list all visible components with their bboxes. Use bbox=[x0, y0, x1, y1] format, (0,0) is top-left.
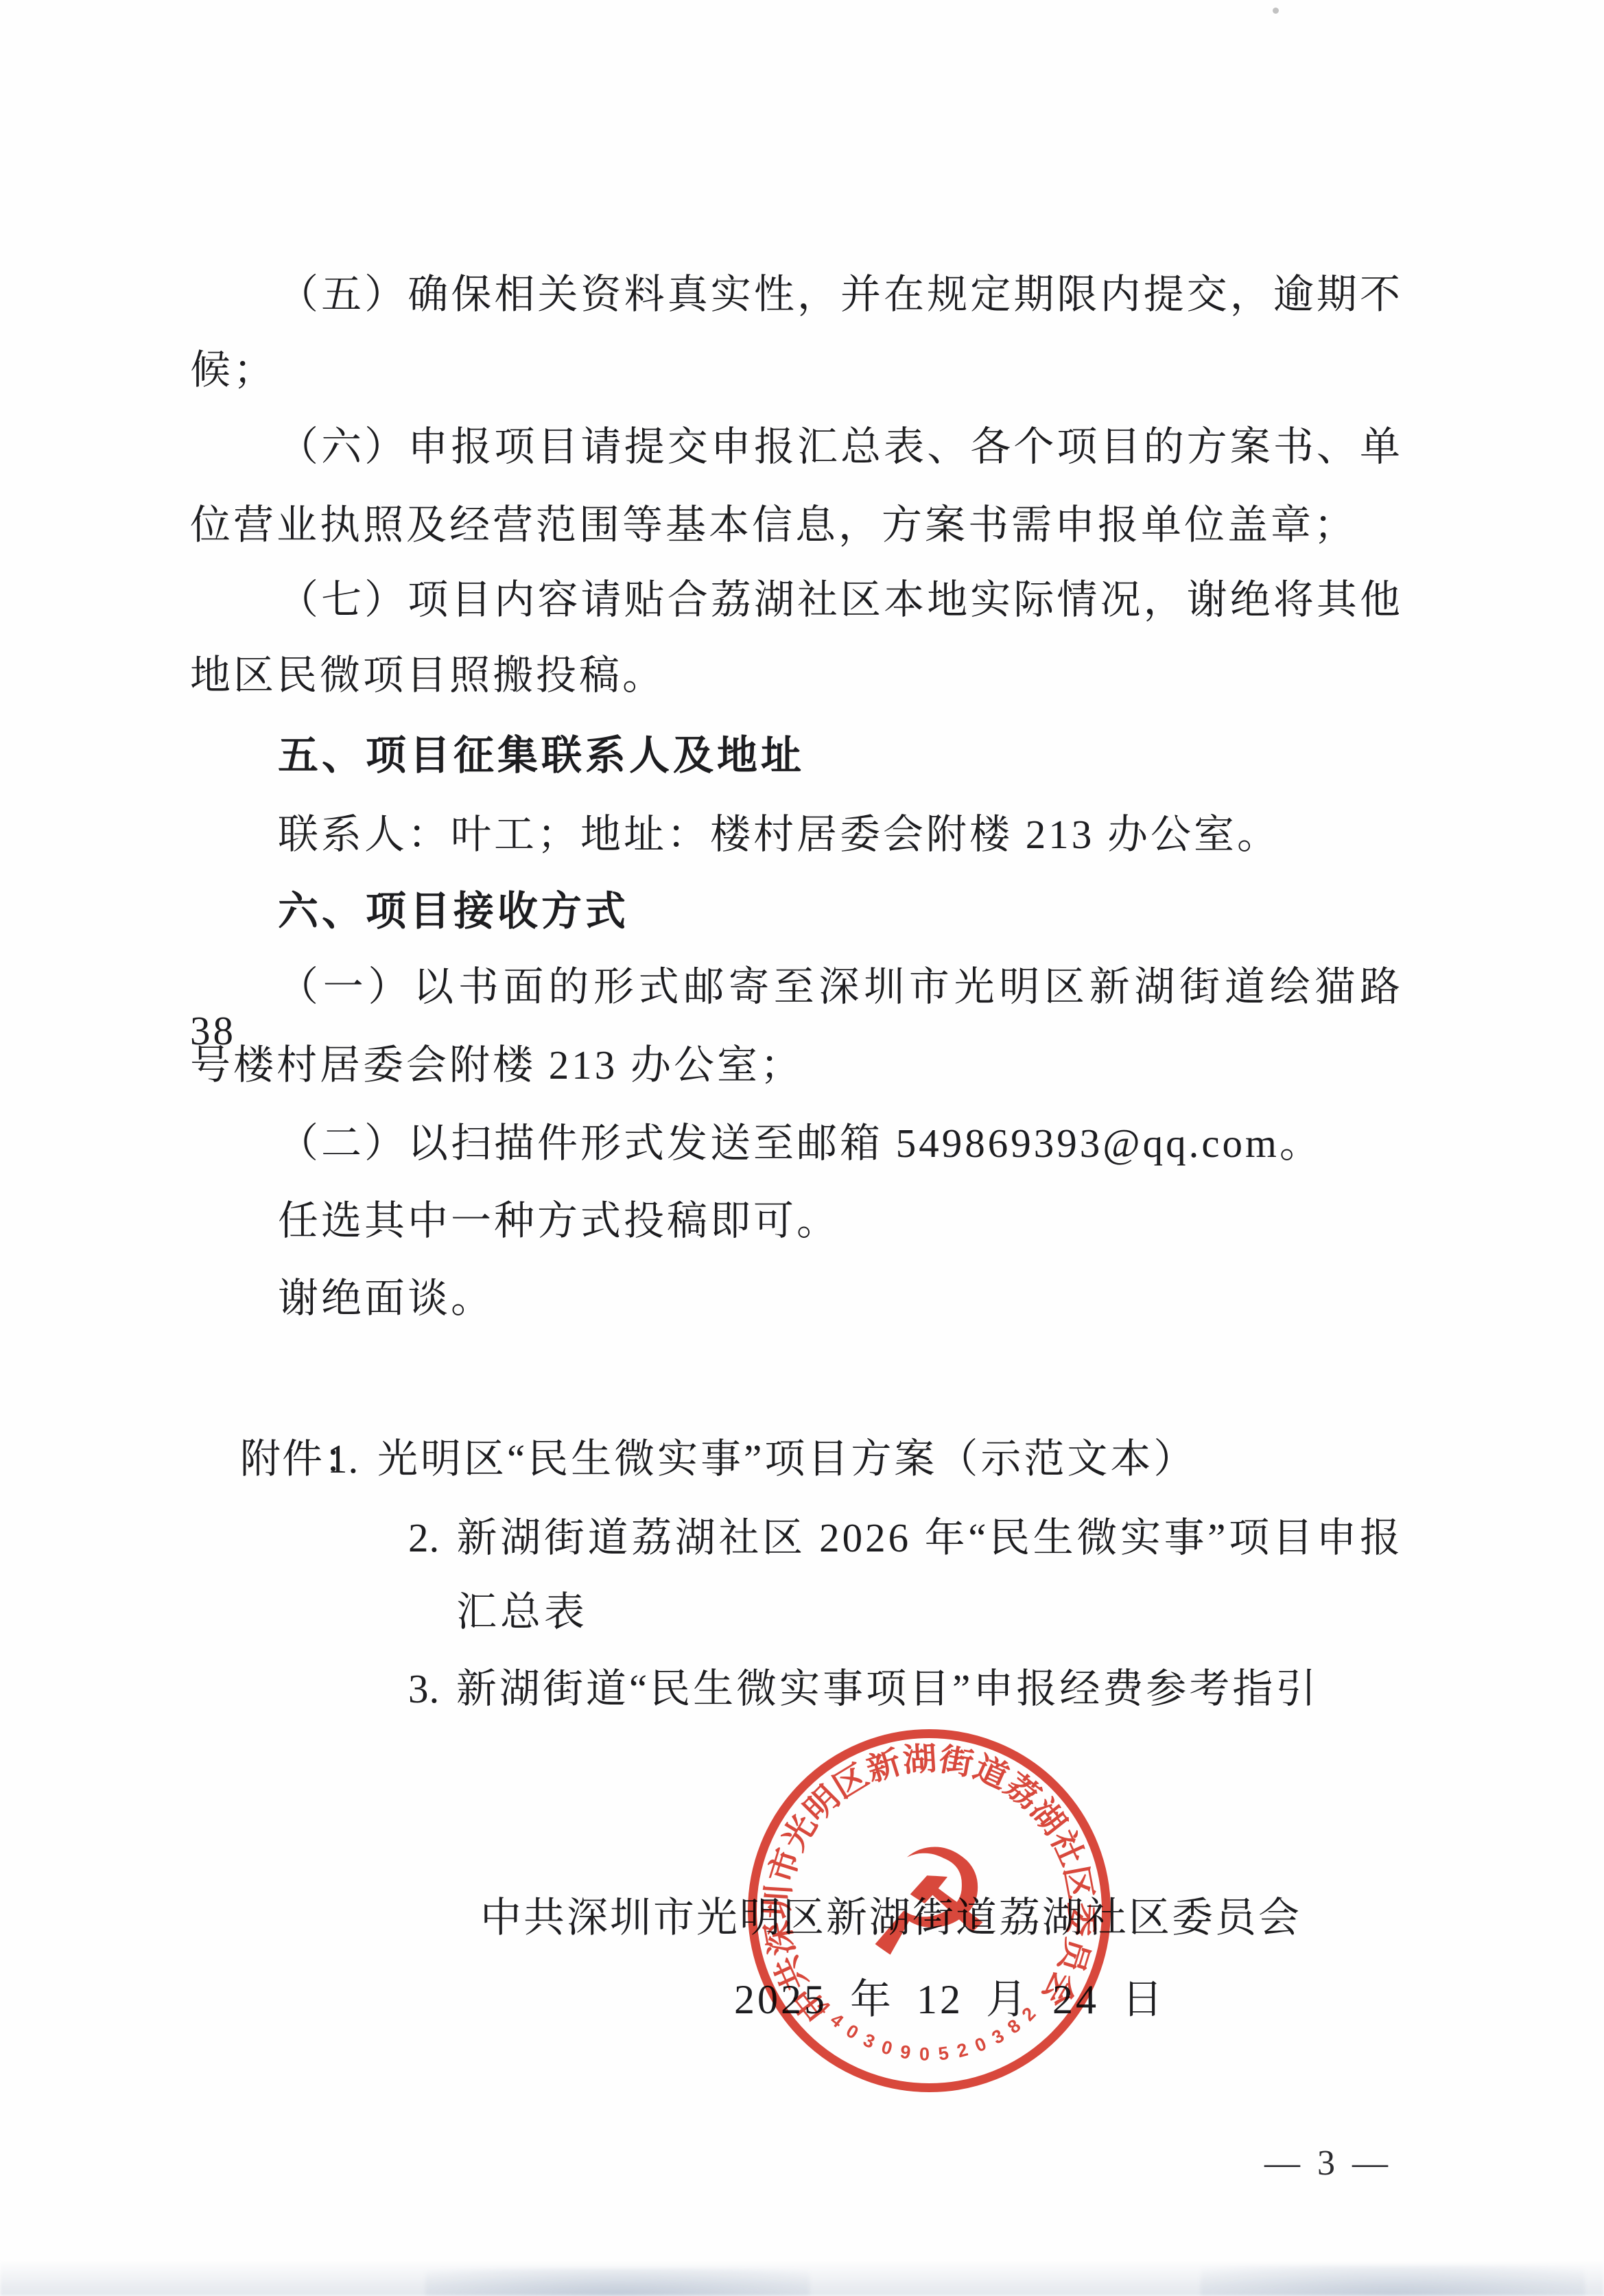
attachment-item-number: 3. bbox=[408, 1667, 456, 1711]
attachment-item-text: 新湖街道“民生微实事项目”申报经费参考指引 bbox=[456, 1666, 1319, 1711]
attachment-line-1: 附件： 1. 光明区“民生微实事”项目方案（示范文本） bbox=[0, 1437, 1604, 1485]
attachment-item-number: 1. bbox=[327, 1437, 359, 1481]
paragraph-line: （七）项目内容请贴合荔湖社区本地实际情况，谢绝将其他 bbox=[190, 578, 1403, 622]
paragraph-line: 任选其中一种方式投稿即可。 bbox=[190, 1199, 1403, 1243]
paragraph-line: （五）确保相关资料真实性，并在规定期限内提交，逾期不 bbox=[190, 272, 1403, 316]
scan-speck bbox=[1273, 8, 1279, 14]
attachment-line-3: 3.新湖街道“民生微实事项目”申报经费参考指引 bbox=[408, 1667, 1403, 1711]
paragraph-line: 地区民微项目照搬投稿。 bbox=[190, 653, 1403, 697]
contact-line: 联系人：叶工；地址：楼村居委会附楼 213 办公室。 bbox=[190, 812, 1403, 856]
email-line: （二）以扫描件形式发送至邮箱 549869393@qq.com。 bbox=[190, 1121, 1403, 1165]
paragraph-line: 候； bbox=[190, 348, 1403, 392]
seal-code: 4403090520382 bbox=[812, 1996, 1046, 2064]
attachment-line-2-cont: 汇总表 bbox=[456, 1590, 588, 1634]
paragraph-line: 谢绝面谈。 bbox=[190, 1276, 1403, 1320]
scan-smudge-blob bbox=[1201, 2266, 1585, 2296]
paragraph-line: 号楼村居委会附楼 213 办公室； bbox=[190, 1043, 1403, 1087]
attachment-item-text: 新湖街道荔湖社区 2026 年“民生微实事”项目申报 bbox=[456, 1515, 1403, 1560]
scan-smudge-blob bbox=[425, 2269, 810, 2296]
section-heading-6: 六、项目接收方式 bbox=[190, 889, 1403, 933]
paragraph-line: 位营业执照及经营范围等基本信息，方案书需申报单位盖章； bbox=[190, 503, 1403, 547]
attachment-item-text: 光明区“民生微实事”项目方案（示范文本） bbox=[377, 1437, 1196, 1481]
page-number: — 3 — bbox=[1264, 2143, 1392, 2183]
section-heading-5: 五、项目征集联系人及地址 bbox=[190, 734, 1403, 777]
paragraph-line: （六）申报项目请提交申报汇总表、各个项目的方案书、单 bbox=[190, 425, 1403, 469]
attachment-line-2: 2.新湖街道荔湖社区 2026 年“民生微实事”项目申报 bbox=[408, 1516, 1403, 1560]
official-seal: 中共深圳市光明区新湖街道荔湖社区委员会 4403090520382 ☭ bbox=[742, 1724, 1116, 2098]
document-page: （五）确保相关资料真实性，并在规定期限内提交，逾期不 候； （六）申报项目请提交… bbox=[0, 0, 1604, 2296]
hammer-sickle-icon: ☭ bbox=[863, 1818, 995, 1990]
paragraph-line: （一）以书面的形式邮寄至深圳市光明区新湖街道绘猫路 38 bbox=[190, 965, 1403, 1053]
attachment-item-number: 2. bbox=[408, 1516, 456, 1560]
